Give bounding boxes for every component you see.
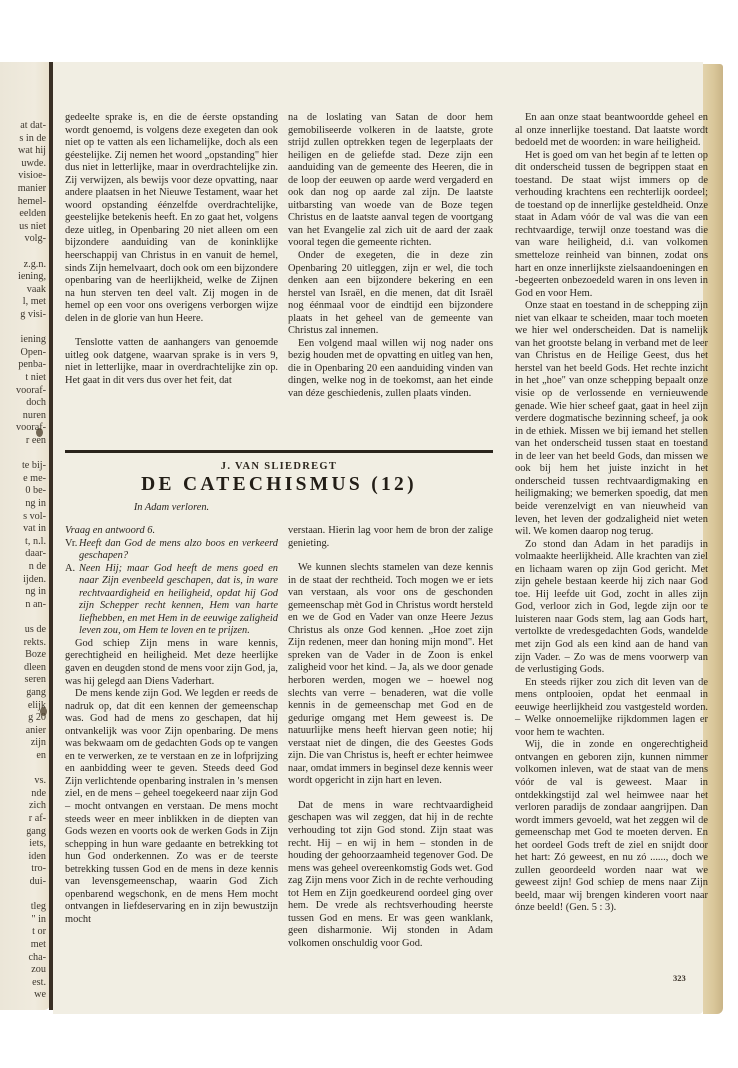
article-column-3: En aan onze staat beantwoordde geheel en… xyxy=(515,112,708,915)
facing-page-line: vat in xyxy=(23,523,46,536)
facing-page-line: us niet xyxy=(19,221,46,234)
paragraph: Het is goed om van het begin af te lette… xyxy=(515,150,708,301)
facing-page-line: nde xyxy=(31,788,46,801)
facing-page-line: g visi- xyxy=(20,309,46,322)
facing-page-line: 0 be- xyxy=(25,485,46,498)
catechism-qa: Vraag en antwoord 6. Vr. Heeft dan God d… xyxy=(65,525,278,638)
facing-page-line: volg- xyxy=(24,233,46,246)
facing-page-line: we xyxy=(34,989,46,1002)
facing-page-line: tleg xyxy=(31,901,46,914)
facing-page-line: cha- xyxy=(28,952,46,965)
facing-page-line: s in de xyxy=(19,133,46,146)
facing-page-line: doch xyxy=(26,397,46,410)
facing-page-line: eelden xyxy=(19,208,46,221)
facing-page-line: manier xyxy=(18,183,46,196)
facing-page-line: z.g.n. xyxy=(24,259,46,272)
paragraph: De mens kende zijn God. We legden er ree… xyxy=(65,688,278,926)
facing-page-line: visioe- xyxy=(18,170,46,183)
section-divider xyxy=(65,450,493,453)
facing-page-line: r af- xyxy=(29,813,46,826)
top-column-1: gedeelte sprake is, en die de éerste ops… xyxy=(65,112,278,387)
paragraph: We kunnen slechts stamelen van deze kenn… xyxy=(288,562,493,788)
facing-page-line: en xyxy=(36,750,46,763)
facing-page-line: est. xyxy=(32,977,46,990)
facing-page-line: iden xyxy=(28,851,46,864)
facing-page-line: ijden. xyxy=(23,574,46,587)
qa-question: Vr. Heeft dan God de mens alzo boos en v… xyxy=(65,538,278,563)
facing-page-line: t or xyxy=(32,926,46,939)
facing-page-line: l, met xyxy=(23,296,46,309)
paragraph: Dat de mens in ware rechtvaardigheid ges… xyxy=(288,800,493,951)
facing-page-line: t niet xyxy=(25,372,46,385)
facing-page-line: nuren xyxy=(23,410,46,423)
paragraph: God schiep Zijn mens in ware kennis, ger… xyxy=(65,638,278,688)
paragraph: En steeds rijker zou zich dit leven van … xyxy=(515,677,708,740)
facing-page-left: at dat-s in dewat hijuwde.visioe-manierh… xyxy=(0,62,50,1010)
paragraph: Onze staat en toestand in de schepping z… xyxy=(515,300,708,538)
facing-page-line: dui- xyxy=(30,876,46,889)
paragraph: Onder de exegeten, die in deze zin Openb… xyxy=(288,250,493,338)
facing-page-line: t, n.l. xyxy=(25,536,46,549)
paragraph: Wij, die in zonde en ongerechtigheid ont… xyxy=(515,739,708,915)
answer-label: A. xyxy=(65,563,79,638)
ink-blot-mark xyxy=(40,707,47,716)
article-body-1: God schiep Zijn mens in ware kennis, ger… xyxy=(65,638,278,927)
facing-page-line: e me- xyxy=(23,473,46,486)
facing-page-line: Open- xyxy=(21,347,46,360)
paragraph: Tenslotte vatten de aanhangers van genoe… xyxy=(65,337,278,387)
facing-page-line: vs. xyxy=(34,775,46,788)
facing-page-line: wat hij xyxy=(18,145,46,158)
facing-page-line: hemel- xyxy=(18,196,46,209)
article-subtitle: In Adam verloren. xyxy=(65,502,278,513)
facing-page-line: vaak xyxy=(27,284,46,297)
facing-page-line: dleen xyxy=(24,662,46,675)
question-text: Heeft dan God de mens alzo boos en verke… xyxy=(79,538,278,563)
paragraph: Zo stond dan Adam in het paradijs in vol… xyxy=(515,539,708,677)
facing-page-line: te bij- xyxy=(22,460,46,473)
facing-page-line: s vol- xyxy=(23,511,46,524)
facing-page-line: r een xyxy=(26,435,46,448)
paragraph: En aan onze staat beantwoordde geheel en… xyxy=(515,112,708,150)
facing-page-line: us de xyxy=(25,624,46,637)
answer-text: Neen Hij; maar God heeft de mens goed en… xyxy=(79,563,278,638)
article-column-1: Vraag en antwoord 6. Vr. Heeft dan God d… xyxy=(65,525,278,927)
facing-page-line: iening xyxy=(21,334,46,347)
facing-page-line: anier xyxy=(26,725,46,738)
facing-page-line: iets, xyxy=(29,838,46,851)
paragraph: verstaan. Hierin lag voor hem de bron de… xyxy=(288,525,493,550)
article-title: DE CATECHISMUS (12) xyxy=(65,474,493,496)
qa-answer: A. Neen Hij; maar God heeft de mens goed… xyxy=(65,563,278,638)
facing-page-line: uwde. xyxy=(21,158,46,171)
article-column-2: verstaan. Hierin lag voor hem de bron de… xyxy=(288,525,493,951)
facing-page-line: penba- xyxy=(18,359,46,372)
facing-page-line: rekts. xyxy=(24,637,46,650)
facing-page-line: seren xyxy=(25,674,47,687)
ink-blot-mark xyxy=(36,428,43,437)
facing-page-line: ng in xyxy=(25,498,46,511)
facing-page-line: at dat- xyxy=(20,120,46,133)
question-label: Vr. xyxy=(65,538,79,563)
facing-page-line: zich xyxy=(29,800,46,813)
facing-page-line: gang xyxy=(26,687,46,700)
facing-page-line: vooraf- xyxy=(16,385,46,398)
top-column-2: na de loslating van Satan de door hem ge… xyxy=(288,112,493,401)
facing-page-line: met xyxy=(31,939,46,952)
facing-page-line: zou xyxy=(31,964,46,977)
qa-heading: Vraag en antwoord 6. xyxy=(65,525,278,538)
facing-page-line: daar- xyxy=(25,548,46,561)
paragraph: Een volgend maal willen wij nog nader on… xyxy=(288,338,493,401)
paragraph: na de loslating van Satan de door hem ge… xyxy=(288,112,493,250)
facing-page-line: ng in xyxy=(25,586,46,599)
facing-page-line: Boze xyxy=(25,649,46,662)
facing-page-line: n de xyxy=(29,561,46,574)
article-author: J. VAN SLIEDREGT xyxy=(65,461,493,472)
facing-page-line: " in xyxy=(31,914,46,927)
page-number: 323 xyxy=(673,973,686,983)
facing-page-line: iening, xyxy=(18,271,46,284)
facing-page-line: gang xyxy=(26,826,46,839)
facing-page-line: tro- xyxy=(31,863,46,876)
facing-page-line: n an- xyxy=(25,599,46,612)
paragraph: gedeelte sprake is, en die de éerste ops… xyxy=(65,112,278,325)
facing-page-line: zijn xyxy=(31,737,46,750)
